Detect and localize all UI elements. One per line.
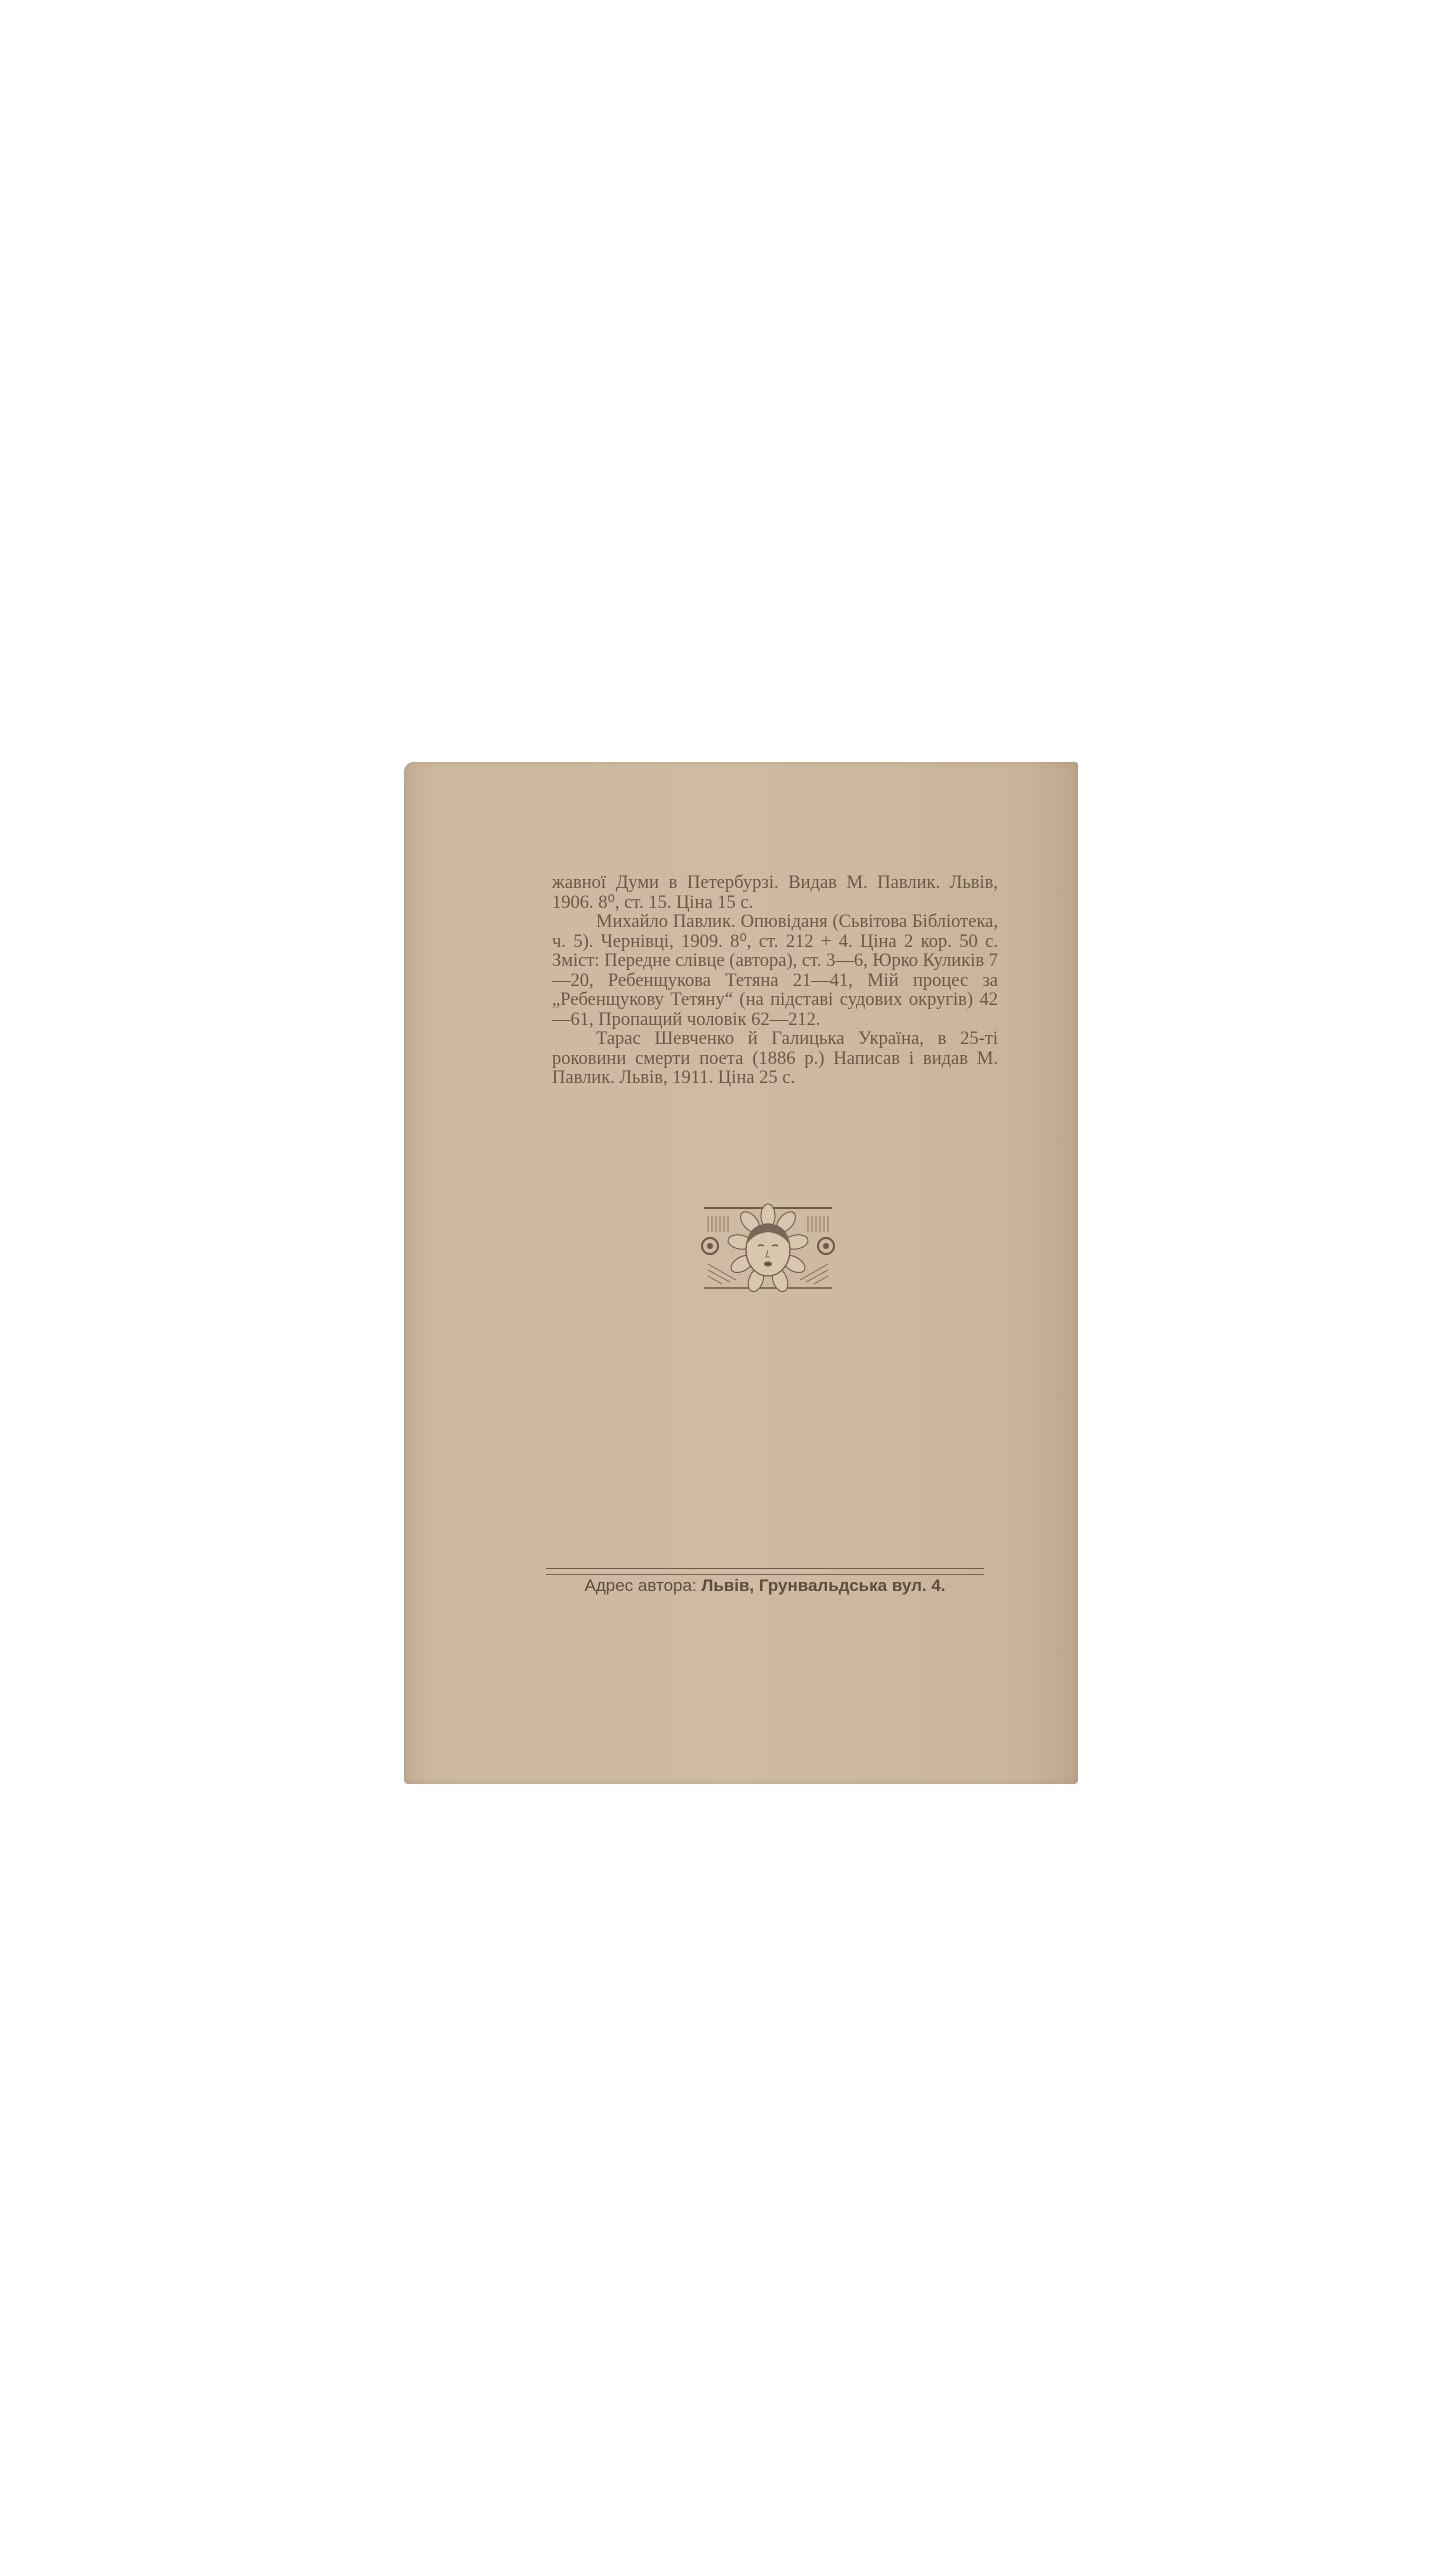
author-address: Адрес автора: Львів, Грунвальдська вул. … — [546, 1576, 984, 1596]
paragraph-2: Михайло Павлик. Опювіданя (Сьвітова Бібл… — [552, 913, 998, 1030]
paragraph-1: жавної Думи в Петербурзі. Видав М. Павли… — [552, 874, 998, 913]
book-back-cover: жавної Думи в Петербурзі. Видав М. Павли… — [404, 762, 1078, 1784]
address-label: Адрес автора: — [584, 1576, 696, 1595]
paragraph-3: Тарас Шевченко й Галицька Україна, в 25-… — [552, 1030, 998, 1089]
bibliography-text: жавної Думи в Петербурзі. Видав М. Павли… — [552, 874, 998, 1089]
sunflower-face-ornament-icon — [700, 1202, 836, 1300]
double-rule-divider — [546, 1568, 984, 1575]
address-value: Львів, Грунвальдська вул. 4. — [701, 1576, 945, 1595]
